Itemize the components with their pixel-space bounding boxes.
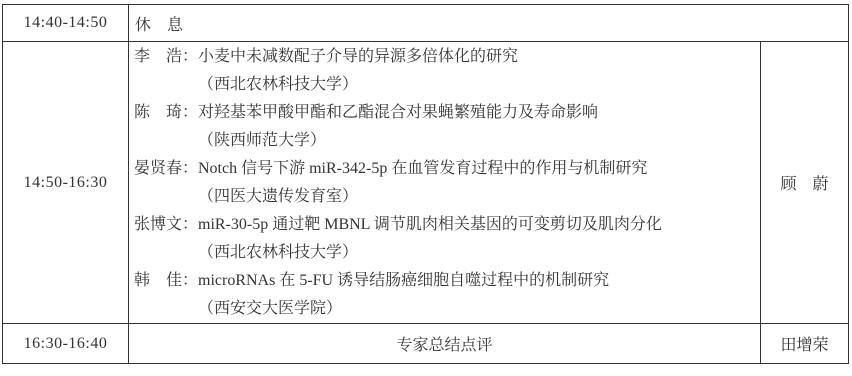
presentation-entry: 张博文： miR-30-5p 通过靶 MBNL 调节肌肉相关基因的可变剪切及肌肉… bbox=[134, 211, 756, 267]
talk-title: Notch 信号下游 miR-342-5p 在血管发育过程中的作用与机制研究 bbox=[198, 155, 756, 183]
presentation-entry: 李 浩： 小麦中未减数配子介导的异源多倍体化的研究 （西北农林科技大学） bbox=[134, 43, 756, 99]
presentation-entry: 陈 琦： 对羟基苯甲酸甲酯和乙酯混合对果蝇繁殖能力及寿命影响 （陕西师范大学） bbox=[134, 99, 756, 155]
talk-title: 对羟基苯甲酸甲酯和乙酯混合对果蝇繁殖能力及寿命影响 bbox=[198, 99, 756, 127]
table-row-break: 14:40-14:50 休 息 bbox=[3, 5, 849, 42]
affiliation: （西北农林科技大学） bbox=[198, 244, 358, 261]
session-cell-break: 休 息 bbox=[129, 5, 849, 42]
presentation-title-line: 张博文： miR-30-5p 通过靶 MBNL 调节肌肉相关基因的可变剪切及肌肉… bbox=[134, 211, 756, 239]
chair-cell-summary: 田增荣 bbox=[761, 324, 849, 364]
table-row-session: 14:50-16:30 李 浩： 小麦中未减数配子介导的异源多倍体化的研究 （西… bbox=[3, 42, 849, 324]
speaker-name: 陈 琦： bbox=[134, 99, 198, 127]
chair-cell-session: 顾 蔚 bbox=[761, 42, 849, 324]
presentation-entry: 晏贤春： Notch 信号下游 miR-342-5p 在血管发育过程中的作用与机… bbox=[134, 155, 756, 211]
time-cell-break: 14:40-14:50 bbox=[3, 5, 129, 42]
presentation-title-line: 韩 佳： microRNAs 在 5-FU 诱导结肠癌细胞自噬过程中的机制研究 bbox=[134, 267, 756, 295]
presentation-list: 李 浩： 小麦中未减数配子介导的异源多倍体化的研究 （西北农林科技大学） 陈 琦… bbox=[134, 43, 756, 323]
affiliation-line: （四医大遗传发育室） bbox=[134, 183, 756, 211]
speaker-name: 张博文： bbox=[134, 211, 198, 239]
session-cell-presentations: 李 浩： 小麦中未减数配子介导的异源多倍体化的研究 （西北农林科技大学） 陈 琦… bbox=[129, 42, 761, 324]
table-row-summary: 16:30-16:40 专家总结点评 田增荣 bbox=[3, 324, 849, 364]
time-cell-session: 14:50-16:30 bbox=[3, 42, 129, 324]
presentation-title-line: 李 浩： 小麦中未减数配子介导的异源多倍体化的研究 bbox=[134, 43, 756, 71]
schedule-page: 14:40-14:50 休 息 14:50-16:30 李 浩： 小麦中未减数配… bbox=[0, 0, 852, 376]
affiliation-line: （西北农林科技大学） bbox=[134, 71, 756, 99]
affiliation-line: （西安交大医学院） bbox=[134, 295, 756, 323]
affiliation: （陕西师范大学） bbox=[198, 132, 326, 149]
talk-title: microRNAs 在 5-FU 诱导结肠癌细胞自噬过程中的机制研究 bbox=[198, 267, 756, 295]
presentation-entry: 韩 佳： microRNAs 在 5-FU 诱导结肠癌细胞自噬过程中的机制研究 … bbox=[134, 267, 756, 323]
presentation-title-line: 陈 琦： 对羟基苯甲酸甲酯和乙酯混合对果蝇繁殖能力及寿命影响 bbox=[134, 99, 756, 127]
time-cell-summary: 16:30-16:40 bbox=[3, 324, 129, 364]
session-cell-summary: 专家总结点评 bbox=[129, 324, 761, 364]
speaker-name: 晏贤春： bbox=[134, 155, 198, 183]
affiliation-line: （陕西师范大学） bbox=[134, 127, 756, 155]
affiliation: （四医大遗传发育室） bbox=[198, 188, 358, 205]
affiliation-line: （西北农林科技大学） bbox=[134, 239, 756, 267]
speaker-name: 韩 佳： bbox=[134, 267, 198, 295]
affiliation: （西安交大医学院） bbox=[198, 300, 342, 317]
speaker-name: 李 浩： bbox=[134, 43, 198, 71]
talk-title: miR-30-5p 通过靶 MBNL 调节肌肉相关基因的可变剪切及肌肉分化 bbox=[198, 211, 756, 239]
schedule-table: 14:40-14:50 休 息 14:50-16:30 李 浩： 小麦中未减数配… bbox=[2, 4, 849, 364]
affiliation: （西北农林科技大学） bbox=[198, 76, 358, 93]
presentation-title-line: 晏贤春： Notch 信号下游 miR-342-5p 在血管发育过程中的作用与机… bbox=[134, 155, 756, 183]
talk-title: 小麦中未减数配子介导的异源多倍体化的研究 bbox=[198, 43, 756, 71]
